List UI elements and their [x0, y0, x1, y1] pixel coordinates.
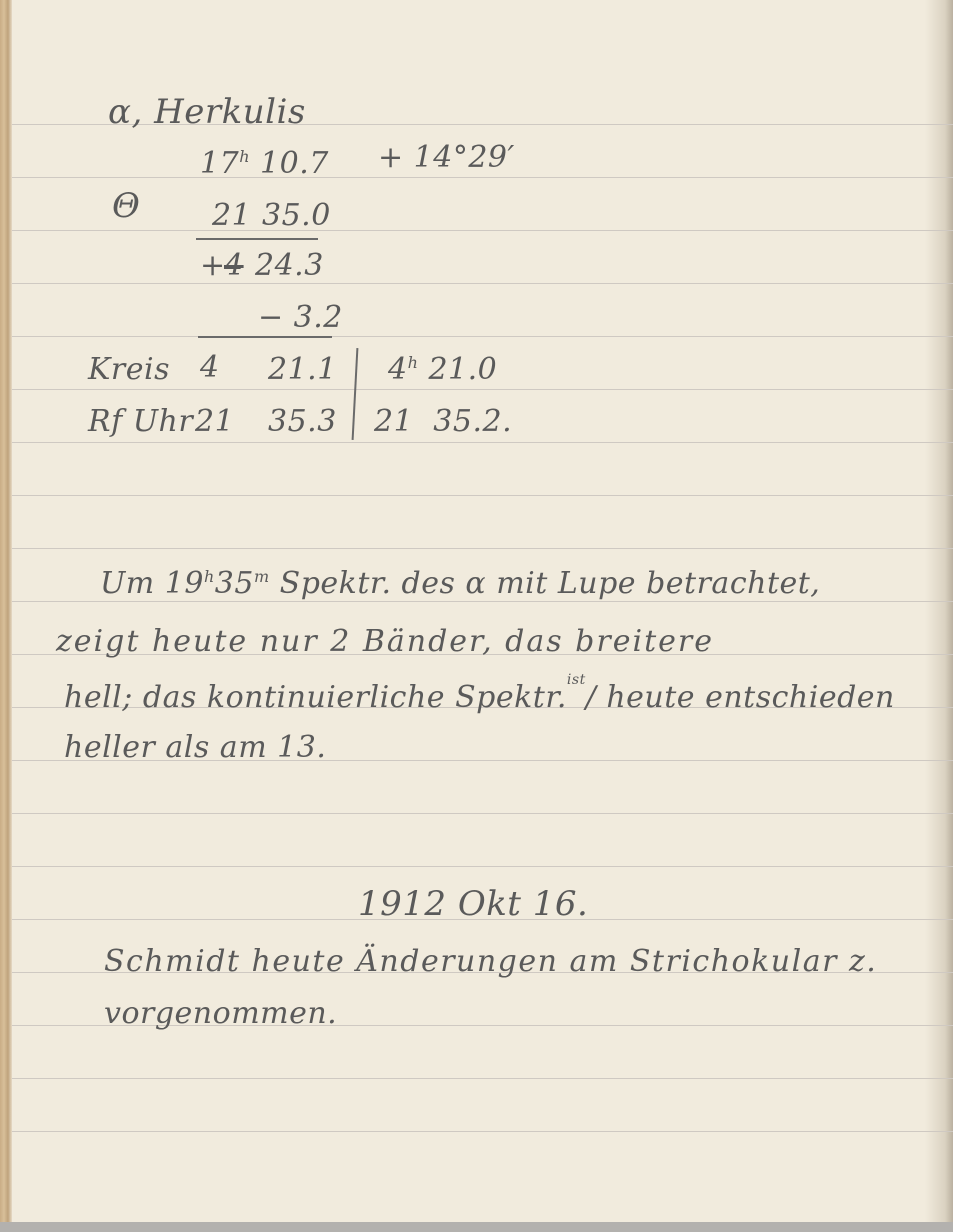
note-line-4: heller als am 13.: [64, 730, 326, 765]
theta-hours: 21: [212, 198, 251, 233]
kreis-hours: 4: [200, 350, 220, 385]
uhr-minutes: 35.3: [268, 404, 337, 439]
diff-prefix: +: [200, 248, 226, 283]
ruled-line: [12, 389, 953, 390]
star-title: α, Herkulis: [108, 92, 306, 132]
ra-hours: 17h 10.7: [200, 146, 329, 181]
diff-hours: 4: [224, 248, 244, 283]
kreis-alt-hours: 4: [388, 352, 408, 387]
kreis-label: Kreis: [88, 352, 170, 387]
entry-line-2: vorgenommen.: [104, 996, 337, 1031]
ruled-line: [12, 1131, 953, 1132]
ruled-line: [12, 336, 953, 337]
ruled-line: [12, 442, 953, 443]
uhr-hours: 21: [195, 404, 234, 439]
entry-date: 1912 Okt 16.: [358, 884, 588, 924]
note-line-2: zeigt heute nur 2 Bänder, das breitere: [56, 624, 714, 659]
notebook-page: α, Herkulis 17h 10.7 + 14°29′ Θ 21 35.0 …: [0, 0, 953, 1222]
note-line-3: hell; das kontinuierliche Spektr.ist/ he…: [64, 680, 895, 715]
hour-unit: h: [239, 147, 250, 166]
column-separator: [352, 348, 359, 440]
result-overline: [198, 336, 332, 338]
entry-line-1: Schmidt heute Änderungen am Strichokular…: [104, 944, 877, 979]
ruled-line: [12, 548, 953, 549]
ruled-line: [12, 1078, 953, 1079]
page-binding-edge: [0, 0, 12, 1222]
ra-m-value: 10.7: [260, 146, 329, 181]
ruled-line: [12, 601, 953, 602]
sum-underline: [196, 238, 318, 240]
ruled-line: [12, 283, 953, 284]
theta-symbol: Θ: [112, 186, 140, 226]
ruled-line: [12, 866, 953, 867]
note-line-1: Um 19h35m Spektr. des α mit Lupe betrach…: [100, 566, 820, 601]
ruled-line: [12, 813, 953, 814]
diff-minutes: 24.3: [255, 248, 324, 283]
theta-minutes: 35.0: [262, 198, 331, 233]
uhr-label: Rf Uhr: [88, 404, 193, 439]
declination: + 14°29′: [378, 140, 515, 175]
uhr-alt-value: 21 35.2.: [374, 404, 512, 439]
hour-unit: h: [408, 353, 419, 372]
ra-h-value: 17: [200, 146, 239, 181]
insertion-mark: ist: [567, 672, 586, 688]
ruled-line: [12, 495, 953, 496]
ruled-line: [12, 177, 953, 178]
uhr-alt-hours: 21: [374, 404, 413, 439]
kreis-minutes: 21.1: [268, 352, 337, 387]
uhr-alt-minutes: 35.2.: [433, 404, 512, 439]
kreis-alt-minutes: 21.0: [428, 352, 497, 387]
kreis-alt-value: 4h 21.0: [388, 352, 497, 387]
correction-value: − 3.2: [258, 300, 343, 335]
scan-background: [0, 1222, 953, 1232]
ruled-line: [12, 230, 953, 231]
